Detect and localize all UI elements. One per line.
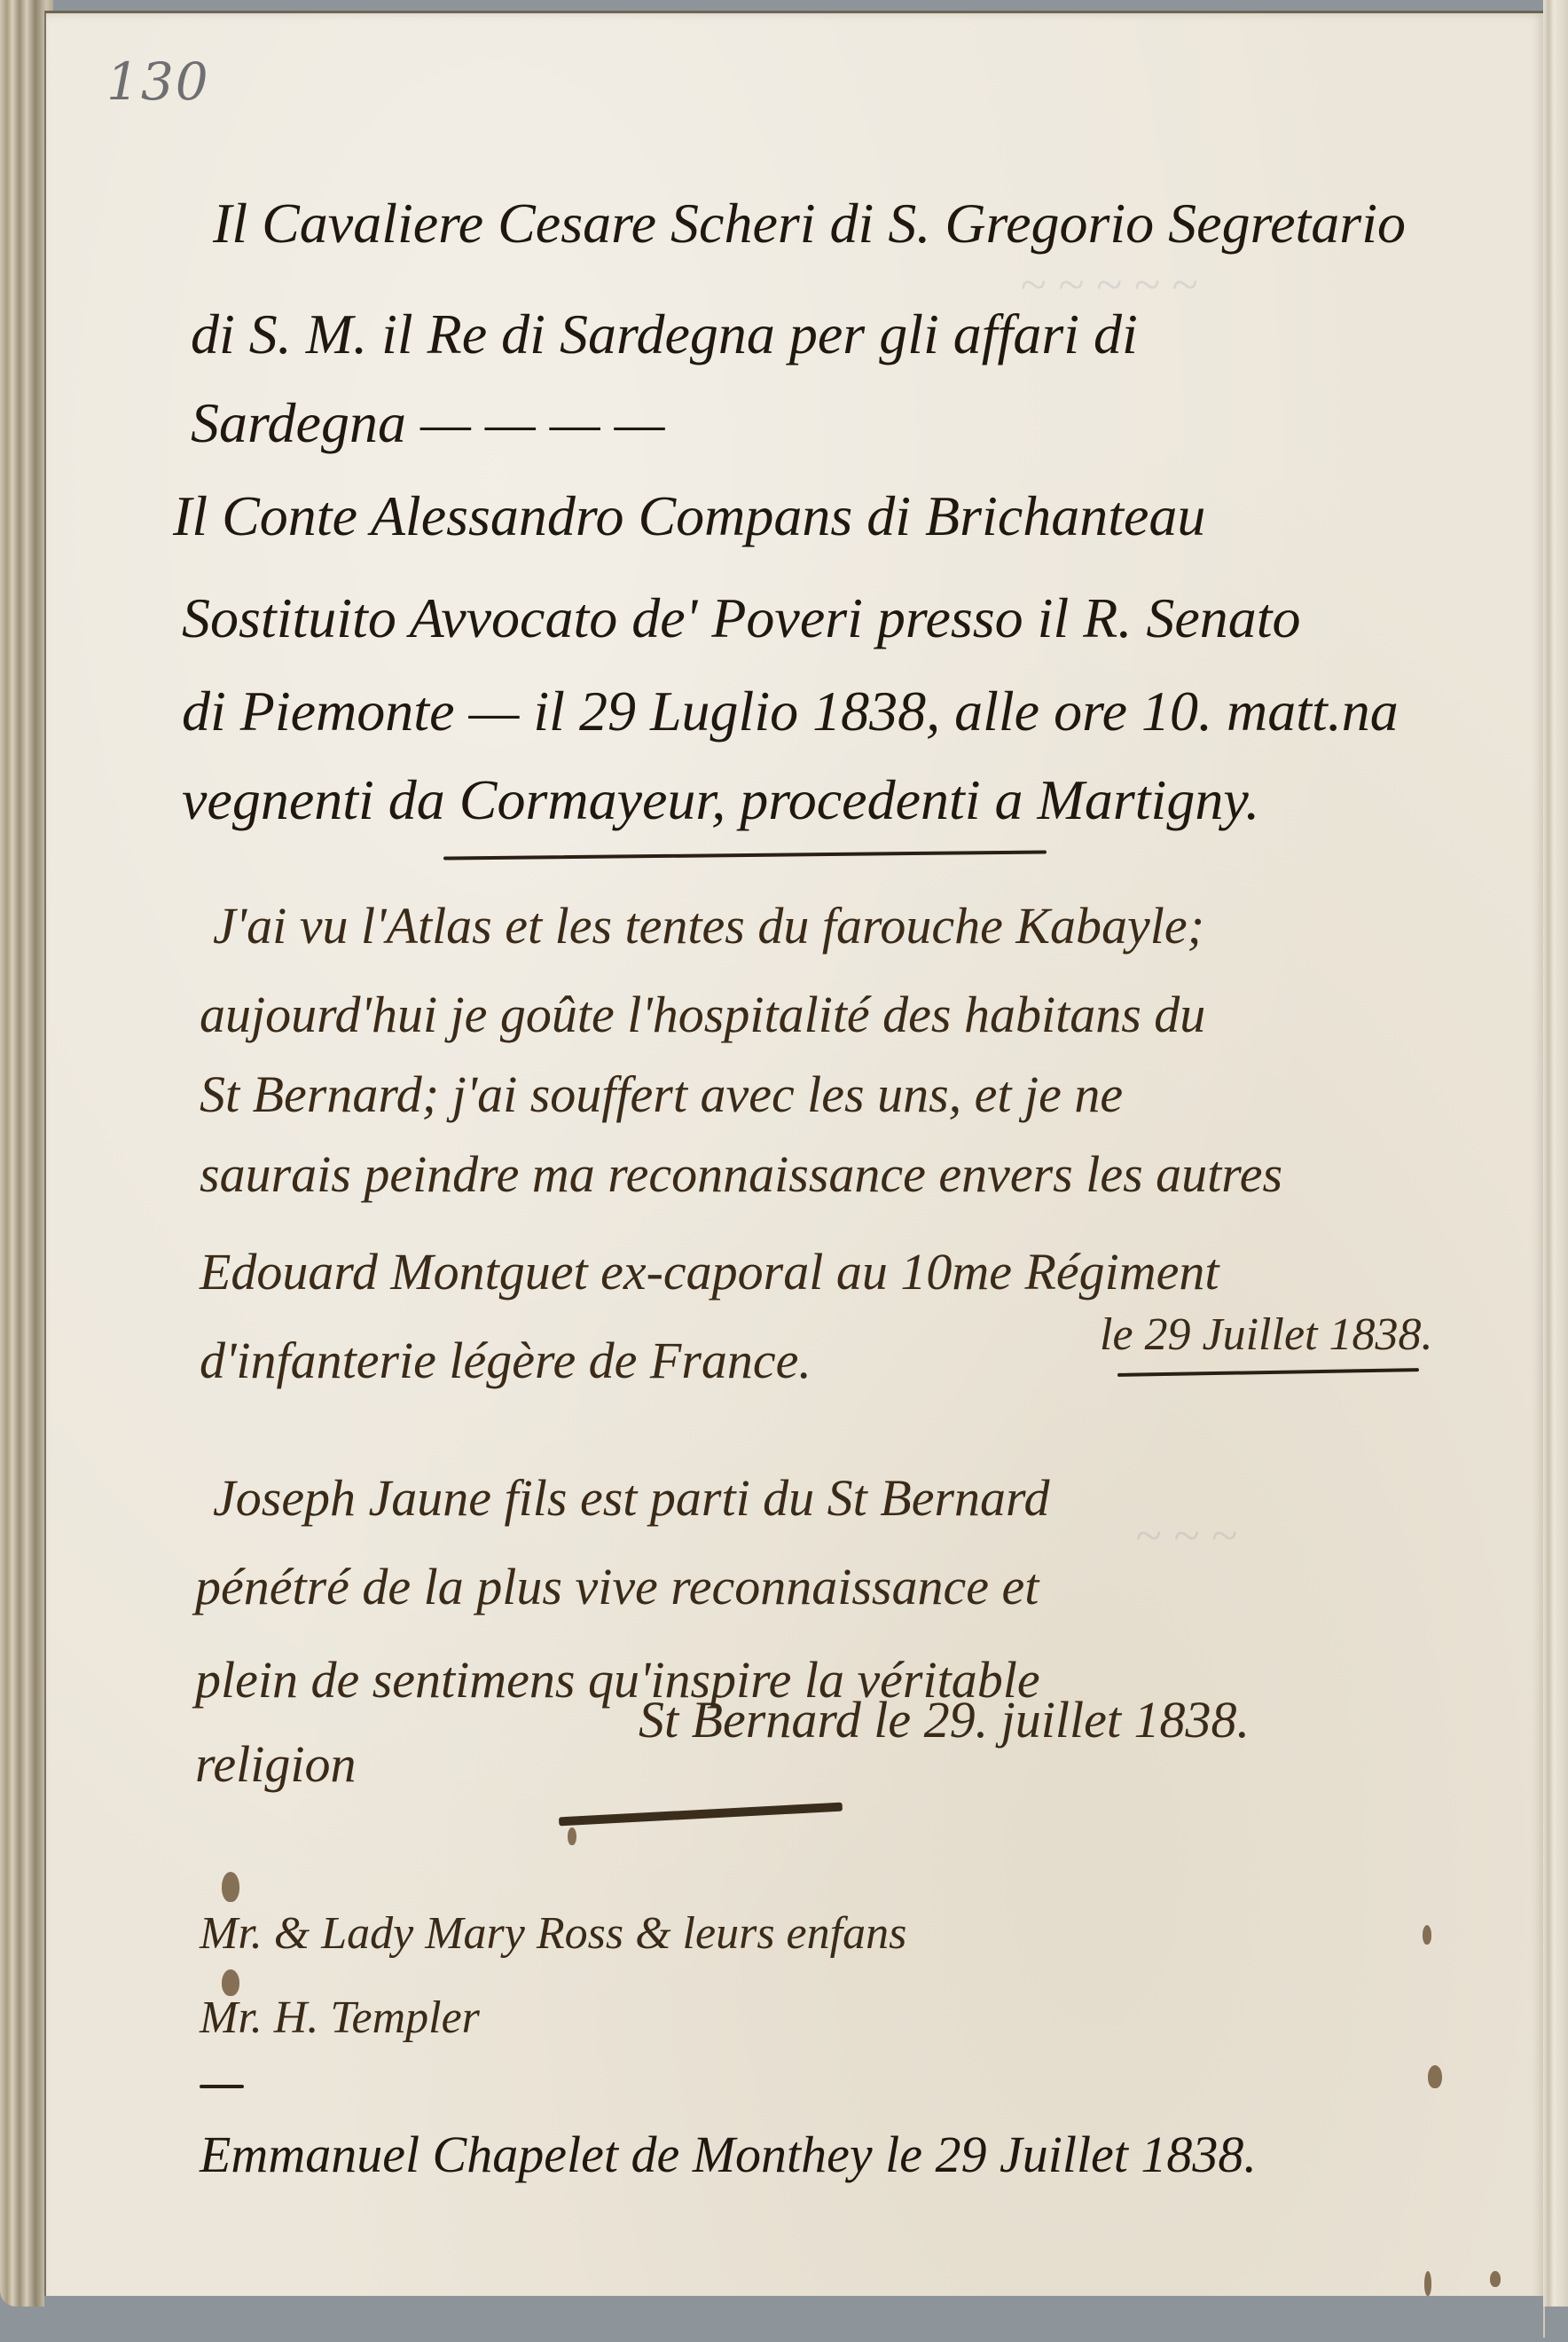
entry-line: Mr. & Lady Mary Ross & leurs enfans bbox=[200, 1907, 906, 1960]
entry-line: J'ai vu l'Atlas et les tentes du farouch… bbox=[213, 896, 1204, 955]
entry-line: pénétré de la plus vive reconnaissance e… bbox=[195, 1557, 1039, 1616]
bleed-through-text: ~ ~ ~ bbox=[1135, 1508, 1237, 1563]
entry-line: Joseph Jaune fils est parti du St Bernar… bbox=[213, 1468, 1049, 1528]
entry-divider-line bbox=[200, 2085, 244, 2088]
page-bottom-background bbox=[44, 2296, 1543, 2342]
entry-line: St Bernard; j'ai souffert avec les uns, … bbox=[200, 1065, 1123, 1124]
ink-stain bbox=[1428, 2065, 1442, 2088]
entry-line: Sardegna — — — — bbox=[191, 390, 665, 456]
entry-line: Edouard Montguet ex-caporal au 10me Régi… bbox=[200, 1242, 1219, 1301]
entry-line: Il Conte Alessandro Compans di Brichante… bbox=[173, 483, 1205, 549]
entry-line: vegnenti da Cormayeur, procedenti a Mart… bbox=[182, 767, 1259, 833]
book-page-stack-right bbox=[1543, 0, 1568, 2307]
ink-stain bbox=[222, 1969, 239, 1996]
ink-stain bbox=[222, 1872, 239, 1902]
entry-line: Il Cavaliere Cesare Scheri di S. Gregori… bbox=[213, 191, 1406, 256]
entry-line: aujourd'hui je goûte l'hospitalité des h… bbox=[200, 985, 1205, 1044]
page-number: 130 bbox=[106, 51, 210, 112]
entry-line: Sostituito Avvocato de' Poveri presso il… bbox=[182, 585, 1301, 651]
entry-line: saurais peindre ma reconnaissance envers… bbox=[200, 1144, 1282, 1204]
ink-stain bbox=[568, 1827, 576, 1845]
entry-line: di Piemonte — il 29 Luglio 1838, alle or… bbox=[182, 679, 1399, 744]
entry-line: di S. M. il Re di Sardegna per gli affar… bbox=[191, 302, 1138, 367]
entry-date: le 29 Juillet 1838. bbox=[1100, 1309, 1432, 1361]
ink-stain bbox=[1423, 1925, 1431, 1945]
ink-stain bbox=[1424, 2271, 1431, 2296]
entry-line: Mr. H. Templer bbox=[200, 1992, 480, 2044]
entry-date: St Bernard le 29. juillet 1838. bbox=[639, 1690, 1250, 1749]
entry-line: religion bbox=[195, 1734, 357, 1794]
entry-line: d'infanterie légère de France. bbox=[200, 1331, 811, 1390]
ink-stain bbox=[1490, 2271, 1501, 2287]
entry-line: Emmanuel Chapelet de Monthey le 29 Juill… bbox=[200, 2125, 1257, 2184]
